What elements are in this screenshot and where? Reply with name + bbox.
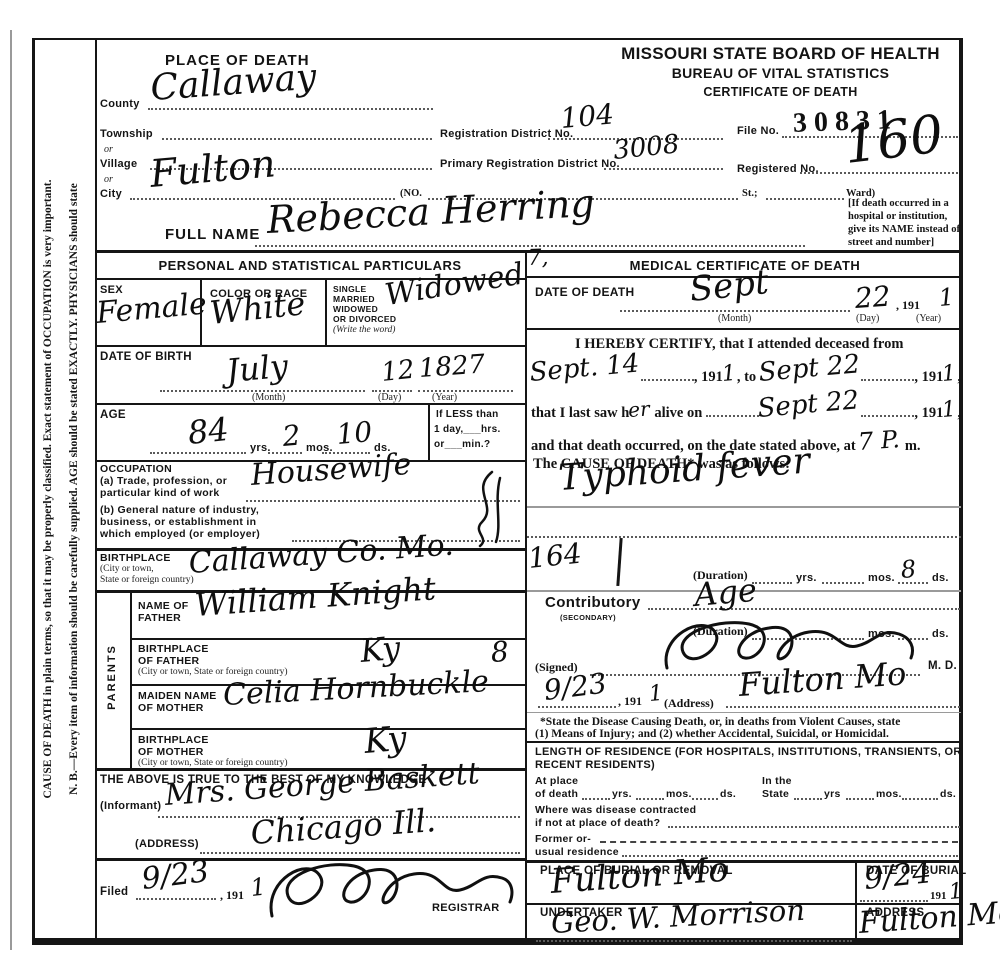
year-prefix: , 191	[694, 369, 723, 386]
signed-year-value: 1	[648, 681, 664, 707]
former-residence-label: Former or-	[535, 833, 591, 845]
divider	[794, 798, 822, 800]
date-of-birth-label: DATE OF BIRTH	[100, 351, 192, 363]
marital-label: OR DIVORCED	[333, 314, 396, 324]
mos-label: mos.	[876, 788, 902, 800]
mother-birthplace-label: BIRTHPLACE	[138, 734, 209, 746]
death-day-value: 22	[854, 280, 892, 315]
in-the-state-label: State	[762, 788, 789, 800]
registrar-signature	[262, 846, 520, 938]
date-of-death-label: DATE OF DEATH	[535, 285, 634, 299]
informant-address-label: (ADDRESS)	[135, 838, 199, 850]
marital-label: SINGLE	[333, 284, 366, 294]
attended-from-date: Sept. 14	[528, 349, 640, 388]
board-heading: MISSOURI STATE BOARD OF HEALTH	[598, 44, 963, 64]
day-caption: (Day)	[856, 313, 879, 324]
occupation-label: OCCUPATION	[100, 463, 172, 475]
filed-label: Filed	[100, 886, 128, 898]
father-name-label: NAME OF	[138, 600, 189, 612]
comma: ,	[957, 405, 961, 422]
ds-label: ds.	[932, 628, 949, 640]
cause-code-value: 164	[527, 537, 584, 575]
yrs-label: yrs.	[612, 788, 632, 800]
father-birthplace-label: OF FATHER	[138, 655, 199, 667]
divider	[726, 706, 960, 708]
margin-note: CAUSE OF DEATH in plain terms, so that i…	[35, 40, 95, 938]
occupation-a-label: (a) Trade, profession, or	[100, 475, 227, 487]
month-caption: (Month)	[718, 313, 751, 324]
divider	[800, 172, 958, 174]
scan-artifact	[10, 30, 12, 950]
divider	[200, 280, 202, 345]
divider	[527, 712, 961, 713]
bureau-heading: BUREAU OF VITAL STATISTICS	[598, 65, 963, 81]
to-text: , to	[737, 369, 760, 386]
cause-duration-days-value: 8	[900, 555, 918, 584]
year-digit: 1	[941, 397, 957, 423]
hospital-note: [If death occurred in a hospital or inst…	[848, 197, 960, 249]
divider	[582, 798, 610, 800]
occupation-b-label: which employed (or employer)	[100, 528, 260, 540]
residence-title: RECENT RESIDENTS)	[535, 759, 655, 771]
divider	[527, 506, 961, 508]
divider	[130, 593, 132, 768]
divider	[538, 706, 616, 708]
divider	[604, 168, 723, 170]
filed-year-prefix: , 191	[220, 888, 244, 903]
signed-date-value: 9/23	[542, 667, 608, 707]
md-label: M. D.	[928, 660, 957, 672]
divider	[525, 250, 527, 945]
divider	[620, 310, 850, 312]
death-year-prefix: , 191	[896, 298, 920, 313]
mos-label: mos.	[868, 572, 895, 584]
age-years-value: 84	[186, 410, 230, 452]
divider	[536, 940, 852, 942]
divider	[527, 741, 963, 743]
death-year-value: 1	[938, 283, 956, 312]
age-months-value: 2	[281, 419, 302, 453]
last-saw-date: Sept 22	[757, 385, 861, 424]
city-label: City	[100, 188, 122, 200]
month-caption: (Month)	[252, 392, 285, 403]
divider	[131, 728, 525, 730]
her-handwriting: er	[628, 397, 651, 422]
divider	[766, 198, 844, 200]
divider	[527, 536, 961, 538]
dob-month-value: July	[225, 347, 290, 390]
st-label: St.;	[742, 188, 757, 199]
pencil-stroke	[616, 538, 622, 586]
age-days-value: 10	[335, 415, 373, 451]
occupation-b-label: (b) General nature of industry,	[100, 504, 259, 516]
divider	[136, 898, 216, 900]
last-saw-text: that I last saw h	[531, 405, 629, 422]
day-caption: (Day)	[378, 392, 401, 403]
father-name-label: FATHER	[138, 612, 181, 624]
divider	[527, 328, 963, 330]
divider	[150, 452, 246, 454]
blank-line	[861, 379, 914, 381]
yrs-label: yrs	[824, 788, 841, 800]
margin-note-line2: CAUSE OF DEATH in plain terms, so that i…	[35, 40, 61, 938]
burial-date-value: 9/24	[862, 855, 933, 897]
at-place-label: At place	[535, 775, 578, 787]
divider	[325, 280, 327, 345]
divider	[898, 582, 928, 584]
birthplace-caption: (City or town,	[100, 564, 154, 574]
divider	[428, 405, 430, 460]
time-of-death-value: 7 P.	[857, 425, 901, 456]
mother-birthplace-label: OF MOTHER	[138, 746, 204, 758]
signed-address-label: (Address)	[664, 696, 714, 711]
marital-label: WIDOWED	[333, 304, 378, 314]
footnote: *State the Disease Causing Death, or, in…	[540, 716, 900, 728]
county-label: County	[100, 98, 140, 110]
divider	[162, 138, 432, 140]
divider	[822, 582, 864, 584]
alive-on-text: alive on	[651, 405, 706, 422]
divider	[95, 403, 525, 405]
ds-label: ds.	[720, 788, 736, 800]
if-less-label: 1 day,___hrs.	[434, 424, 501, 435]
attended-to-date: Sept 22	[757, 349, 861, 388]
yrs-label: yrs.	[796, 572, 817, 584]
divider	[148, 108, 433, 110]
registered-no-value: 160	[841, 104, 947, 176]
ds-label: ds.	[940, 788, 956, 800]
mother-birthplace-value: Ky	[363, 718, 409, 762]
mother-maiden-label: OF MOTHER	[138, 702, 204, 714]
occupation-b-label: business, or establishment in	[100, 516, 256, 528]
contributory-label: Contributory	[545, 594, 641, 611]
or-text: or	[104, 144, 113, 155]
handwriting-flourish	[450, 468, 510, 548]
divider	[668, 826, 960, 828]
marital-caption: (Write the word)	[333, 325, 395, 335]
blank-line	[861, 415, 914, 417]
divider	[95, 38, 97, 945]
informant-label: (Informant)	[100, 800, 161, 812]
footnote: (1) Means of Injury; and (2) whether Acc…	[535, 728, 889, 740]
undertaker-value: Geo. W. Morrison	[550, 893, 805, 940]
divider	[268, 452, 302, 454]
father-birthplace-value: Ky	[359, 629, 402, 670]
township-label: Township	[100, 128, 153, 140]
primary-registration-value: 3008	[612, 129, 681, 166]
divider	[959, 38, 963, 945]
full-name-label: FULL NAME	[165, 226, 260, 243]
certify-line2: Sept. 14 , 191 1 , to Sept 22 , 191 1 ,	[531, 358, 961, 388]
or-text: or	[104, 174, 113, 185]
parents-side-label: PARENTS	[106, 632, 118, 722]
certify-line3: that I last saw h er alive on Sept 22 , …	[531, 394, 961, 424]
mother-birthplace-caption: (City or town, State or foreign country)	[138, 758, 288, 768]
file-no-label: File No.	[737, 125, 779, 137]
death-certificate-scan: CAUSE OF DEATH in plain terms, so that i…	[0, 0, 1000, 959]
year-digit: 1	[941, 361, 957, 387]
residence-title: LENGTH OF RESIDENCE (FOR HOSPITALS, INST…	[535, 746, 962, 758]
city-value: Fulton	[148, 141, 277, 196]
signed-year-prefix: , 191	[618, 694, 642, 709]
divider	[752, 582, 792, 584]
birthplace-label: BIRTHPLACE	[100, 552, 171, 564]
dob-year-value: 1827	[418, 349, 486, 384]
margin-note-line1: N. B.—Every item of information should b…	[61, 40, 87, 938]
stray-mark: 7,	[527, 245, 549, 271]
divider	[846, 798, 874, 800]
year-digit: 1	[721, 361, 737, 387]
if-less-label: or___min.?	[434, 439, 490, 450]
m-text: m.	[901, 438, 920, 455]
at-place-label: of death	[535, 788, 578, 800]
age-label: AGE	[100, 409, 126, 421]
certificate-heading: CERTIFICATE OF DEATH	[598, 85, 963, 99]
divider	[636, 798, 664, 800]
divider	[95, 345, 525, 347]
disease-contracted-label: if not at place of death?	[535, 817, 660, 829]
registration-district-value: 104	[559, 97, 615, 135]
birthplace-caption: State or foreign country)	[100, 575, 194, 585]
occupation-a-label: particular kind of work	[100, 487, 220, 499]
divider	[692, 798, 718, 800]
stray-mark: 8	[490, 635, 510, 669]
secondary-label: (SECONDARY)	[560, 613, 616, 622]
disease-contracted-label: Where was disease contracted	[535, 804, 696, 816]
in-the-state-label: In the	[762, 775, 792, 787]
year-caption: (Year)	[916, 313, 941, 324]
divider	[32, 38, 963, 40]
former-residence-label: usual residence	[535, 846, 619, 858]
village-label: Village	[100, 158, 137, 170]
year-prefix: , 191	[914, 369, 943, 386]
year-prefix: , 191	[914, 405, 943, 422]
divider	[131, 638, 525, 640]
full-name-value: Rebecca Herring	[266, 181, 596, 242]
if-less-label: If LESS than	[436, 409, 499, 420]
mother-maiden-label: MAIDEN NAME	[138, 690, 217, 702]
ds-label: ds.	[932, 572, 949, 584]
father-birthplace-label: BIRTHPLACE	[138, 643, 209, 655]
mos-label: mos.	[666, 788, 692, 800]
divider	[902, 798, 938, 800]
year-caption: (Year)	[432, 392, 457, 403]
dob-day-value: 12	[380, 355, 416, 388]
comma: ,	[957, 369, 961, 386]
primary-registration-label: Primary Registration District No.	[440, 158, 620, 170]
blank-line	[706, 415, 759, 417]
filed-date-value: 9/23	[140, 854, 211, 897]
divider	[600, 841, 958, 843]
marital-label: MARRIED	[333, 294, 375, 304]
informant-address-value: Chicago Ill.	[249, 801, 437, 852]
blank-line	[641, 379, 694, 381]
registrar-label: REGISTRAR	[432, 902, 499, 914]
death-month-value: Sept	[688, 262, 771, 310]
